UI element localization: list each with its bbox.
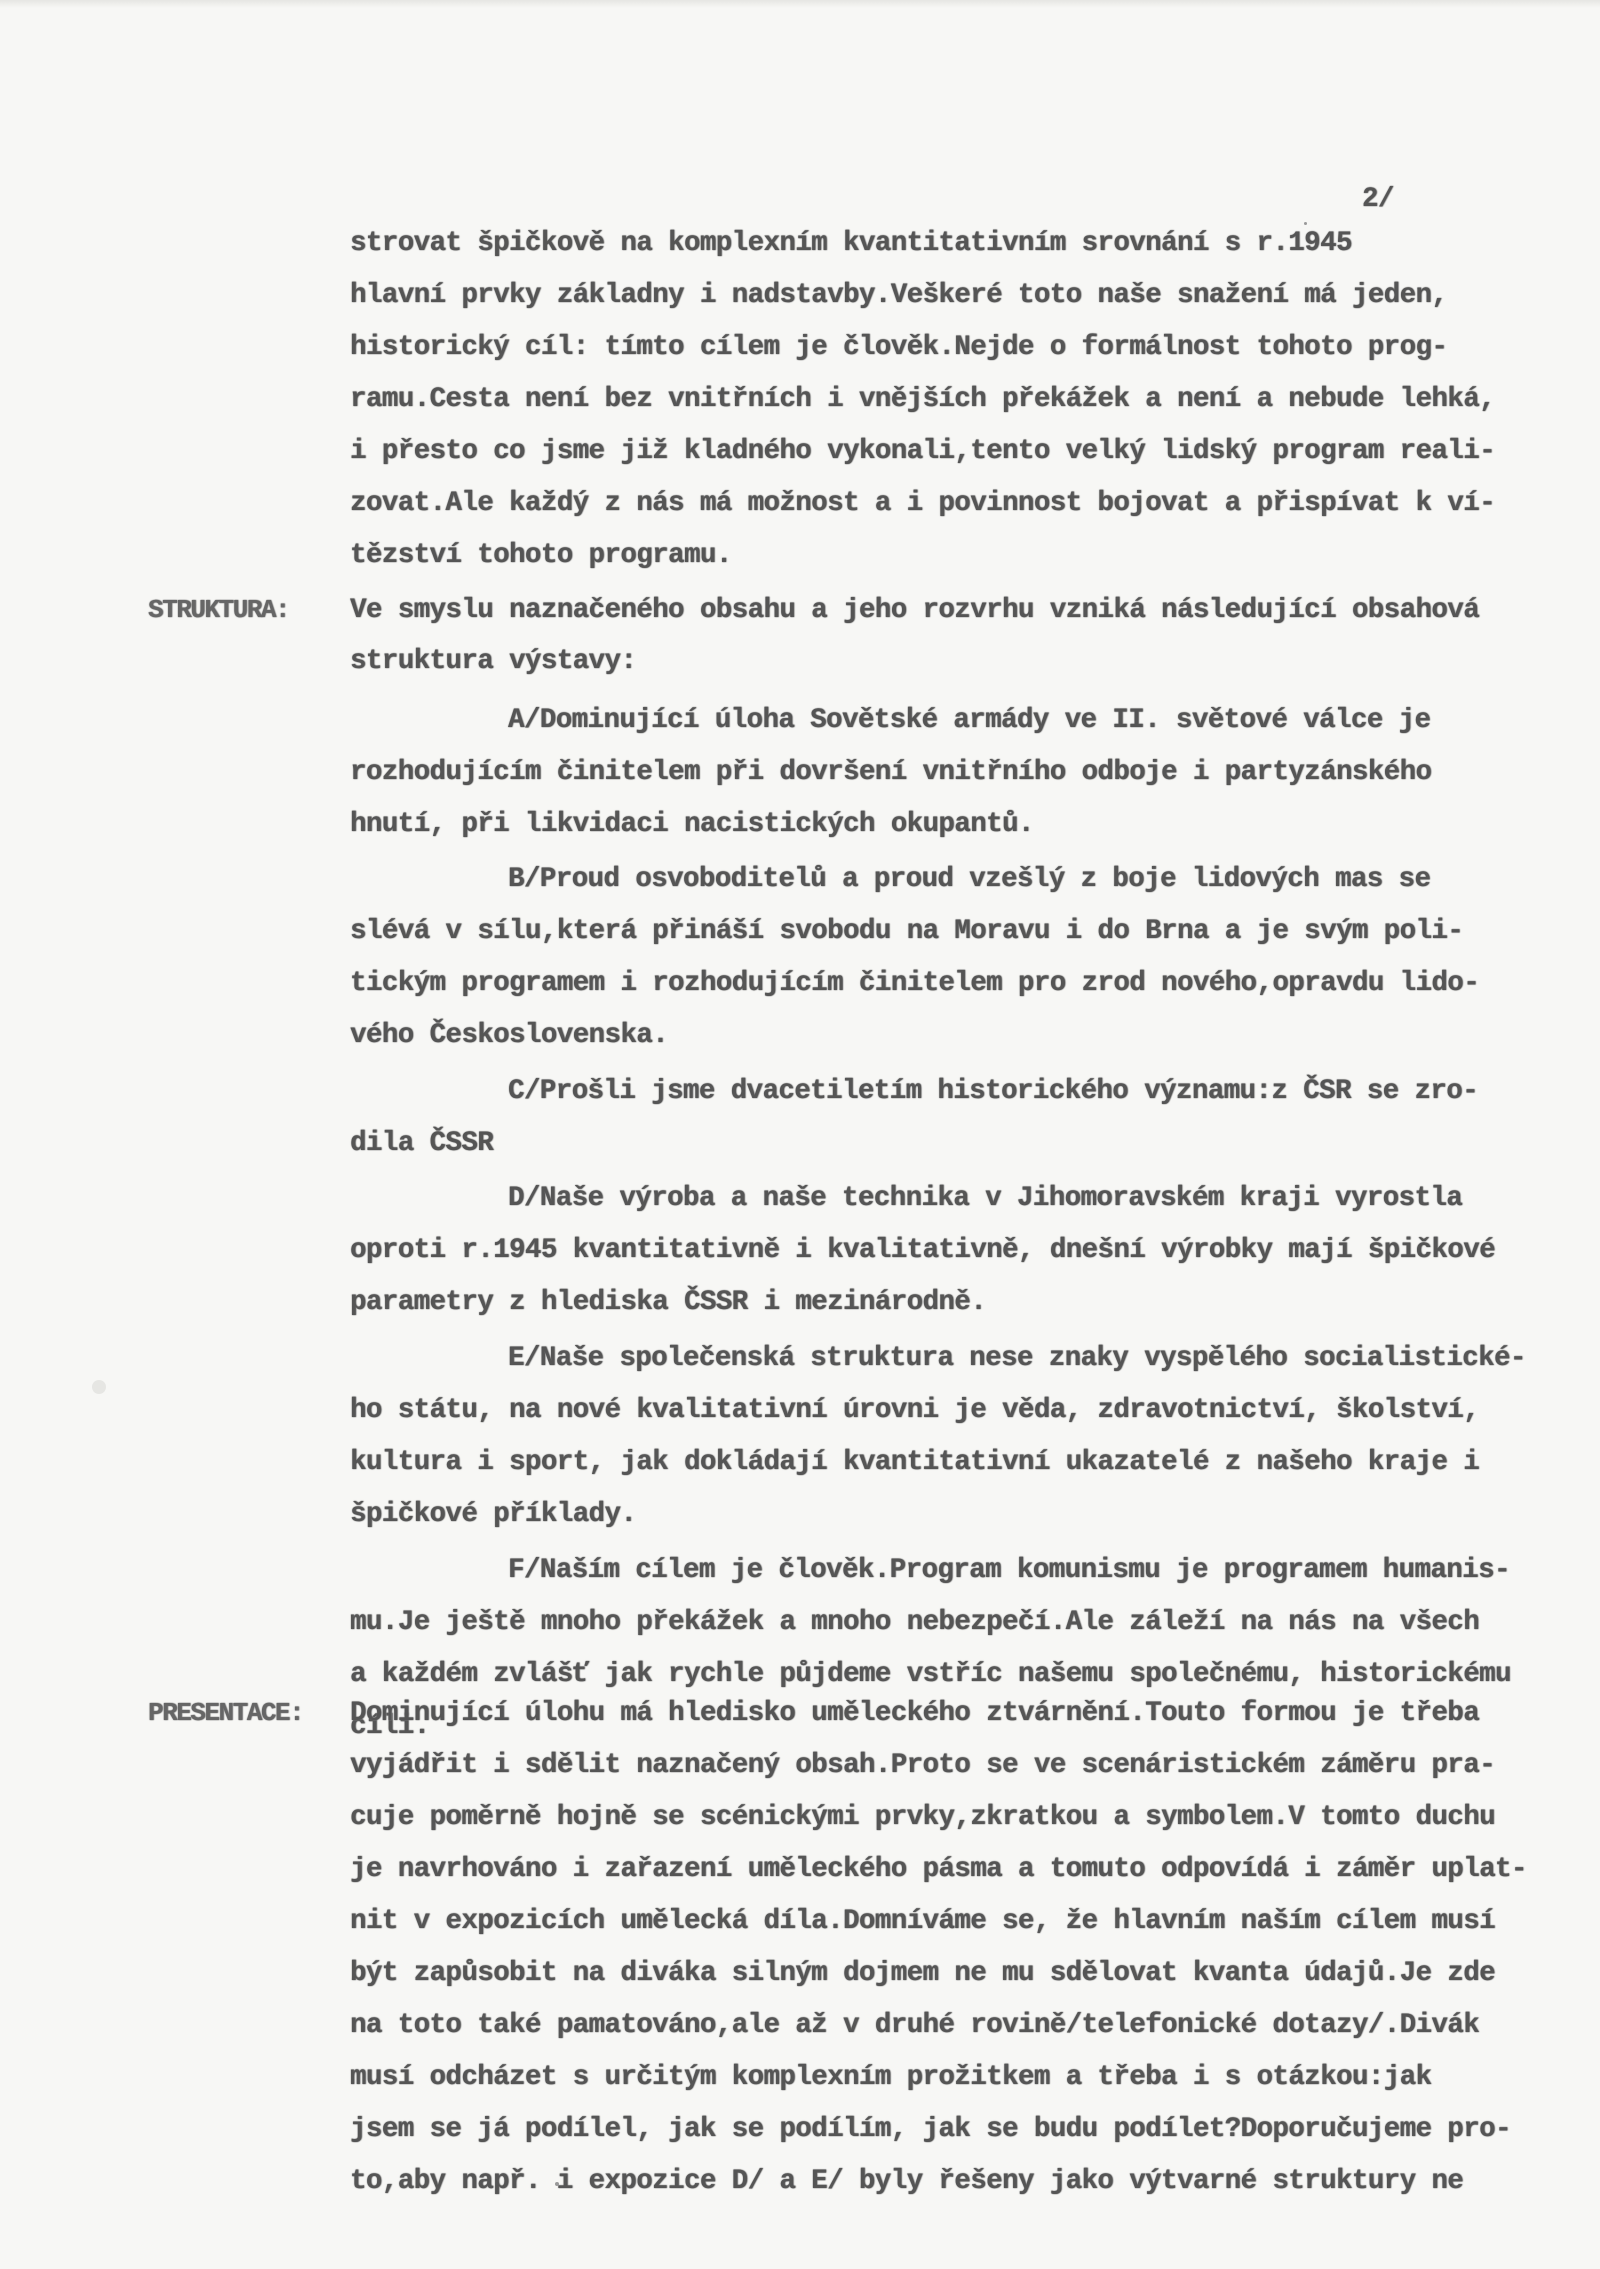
section-label-presentace: PRESENTACE:	[148, 1700, 303, 1726]
page-edge	[0, 0, 1600, 8]
presentace-line: na toto také pamatováno,ale až v druhé r…	[350, 2012, 1479, 2040]
presentace-line: musí odcházet s určitým komplexním proži…	[350, 2064, 1431, 2092]
struktura-item-d-line: oproti r.1945 kvantitativně i kvalitativ…	[350, 1237, 1495, 1265]
presentace-line: Dominující úlohu má hledisko uměleckého …	[350, 1700, 1479, 1728]
struktura-item-e-line: kultura i sport, jak dokládají kvantitat…	[350, 1449, 1479, 1477]
struktura-item-d-line: D/Naše výroba a naše technika v Jihomora…	[508, 1185, 1462, 1213]
struktura-item-b-line: vého Československa.	[350, 1022, 668, 1050]
presentace-line: nit v expozicích umělecká díla.Domníváme…	[350, 1908, 1495, 1936]
struktura-intro-line: Ve smyslu naznačeného obsahu a jeho rozv…	[350, 597, 1479, 625]
presentace-line: cuje poměrně hojně se scénickými prvky,z…	[350, 1804, 1495, 1832]
presentace-line: je navrhováno i zařazení uměleckého pásm…	[350, 1856, 1527, 1884]
intro-line: historický cíl: tímto cílem je člověk.Ne…	[350, 334, 1447, 362]
struktura-item-c-line: C/Prošli jsme dvacetiletím historického …	[508, 1078, 1478, 1106]
struktura-item-f-line: a každém zvlášť jak rychle půjdeme vstří…	[350, 1661, 1511, 1689]
struktura-item-e-line: ho státu, na nové kvalitativní úrovni je…	[350, 1397, 1479, 1425]
presentace-line: jsem se já podílel, jak se podílím, jak …	[350, 2116, 1511, 2144]
page-number: 2/	[1362, 186, 1394, 214]
struktura-item-b-line: slévá v sílu,která přináší svobodu na Mo…	[350, 918, 1463, 946]
intro-line: ramu.Cesta není bez vnitřních i vnějších…	[350, 386, 1495, 414]
struktura-item-b-line: B/Proud osvoboditelů a proud vzešlý z bo…	[508, 866, 1430, 894]
presentace-line: vyjádřit i sdělit naznačený obsah.Proto …	[350, 1752, 1495, 1780]
presentace-line: to,aby např. i expozice D/ a E/ byly řeš…	[350, 2168, 1463, 2196]
struktura-item-d-line: parametry z hlediska ČSSR i mezinárodně.	[350, 1289, 986, 1317]
struktura-item-a-line: rozhodujícím činitelem při dovršení vnit…	[350, 759, 1431, 787]
struktura-item-c-line: dila ČSSR	[350, 1130, 493, 1158]
section-label-struktura: STRUKTURA:	[148, 597, 289, 623]
punch-hole-mark	[92, 1380, 106, 1394]
struktura-item-e-line: E/Naše společenská struktura nese znaky …	[508, 1345, 1526, 1373]
struktura-item-f-line: F/Naším cílem je člověk.Program komunism…	[508, 1557, 1510, 1585]
intro-line: strovat špičkově na komplexním kvantitat…	[350, 230, 1352, 258]
struktura-item-a-line: hnutí, při likvidaci nacistických okupan…	[350, 811, 1034, 839]
intro-line: i přesto co jsme již kladného vykonali,t…	[350, 438, 1495, 466]
presentace-line: být zapůsobit na diváka silným dojmem ne…	[350, 1960, 1495, 1988]
paper-speck	[1304, 222, 1307, 225]
document-page: 2/ strovat špičkově na komplexním kvanti…	[0, 0, 1600, 2269]
struktura-intro-line: struktura výstavy:	[350, 648, 636, 676]
struktura-item-a-line: A/Dominující úloha Sovětské armády ve II…	[508, 707, 1430, 735]
intro-line: zovat.Ale každý z nás má možnost a i pov…	[350, 490, 1495, 518]
struktura-item-f-line: mu.Je ještě mnoho překážek a mnoho nebez…	[350, 1609, 1479, 1637]
intro-line: hlavní prvky základny i nadstavby.Vešker…	[350, 282, 1447, 310]
struktura-item-e-line: špičkové příklady.	[350, 1501, 636, 1529]
struktura-item-b-line: tickým programem i rozhodujícím činitele…	[350, 970, 1479, 998]
paper-speck	[555, 2182, 559, 2186]
intro-line: tězství tohoto programu.	[350, 542, 732, 570]
